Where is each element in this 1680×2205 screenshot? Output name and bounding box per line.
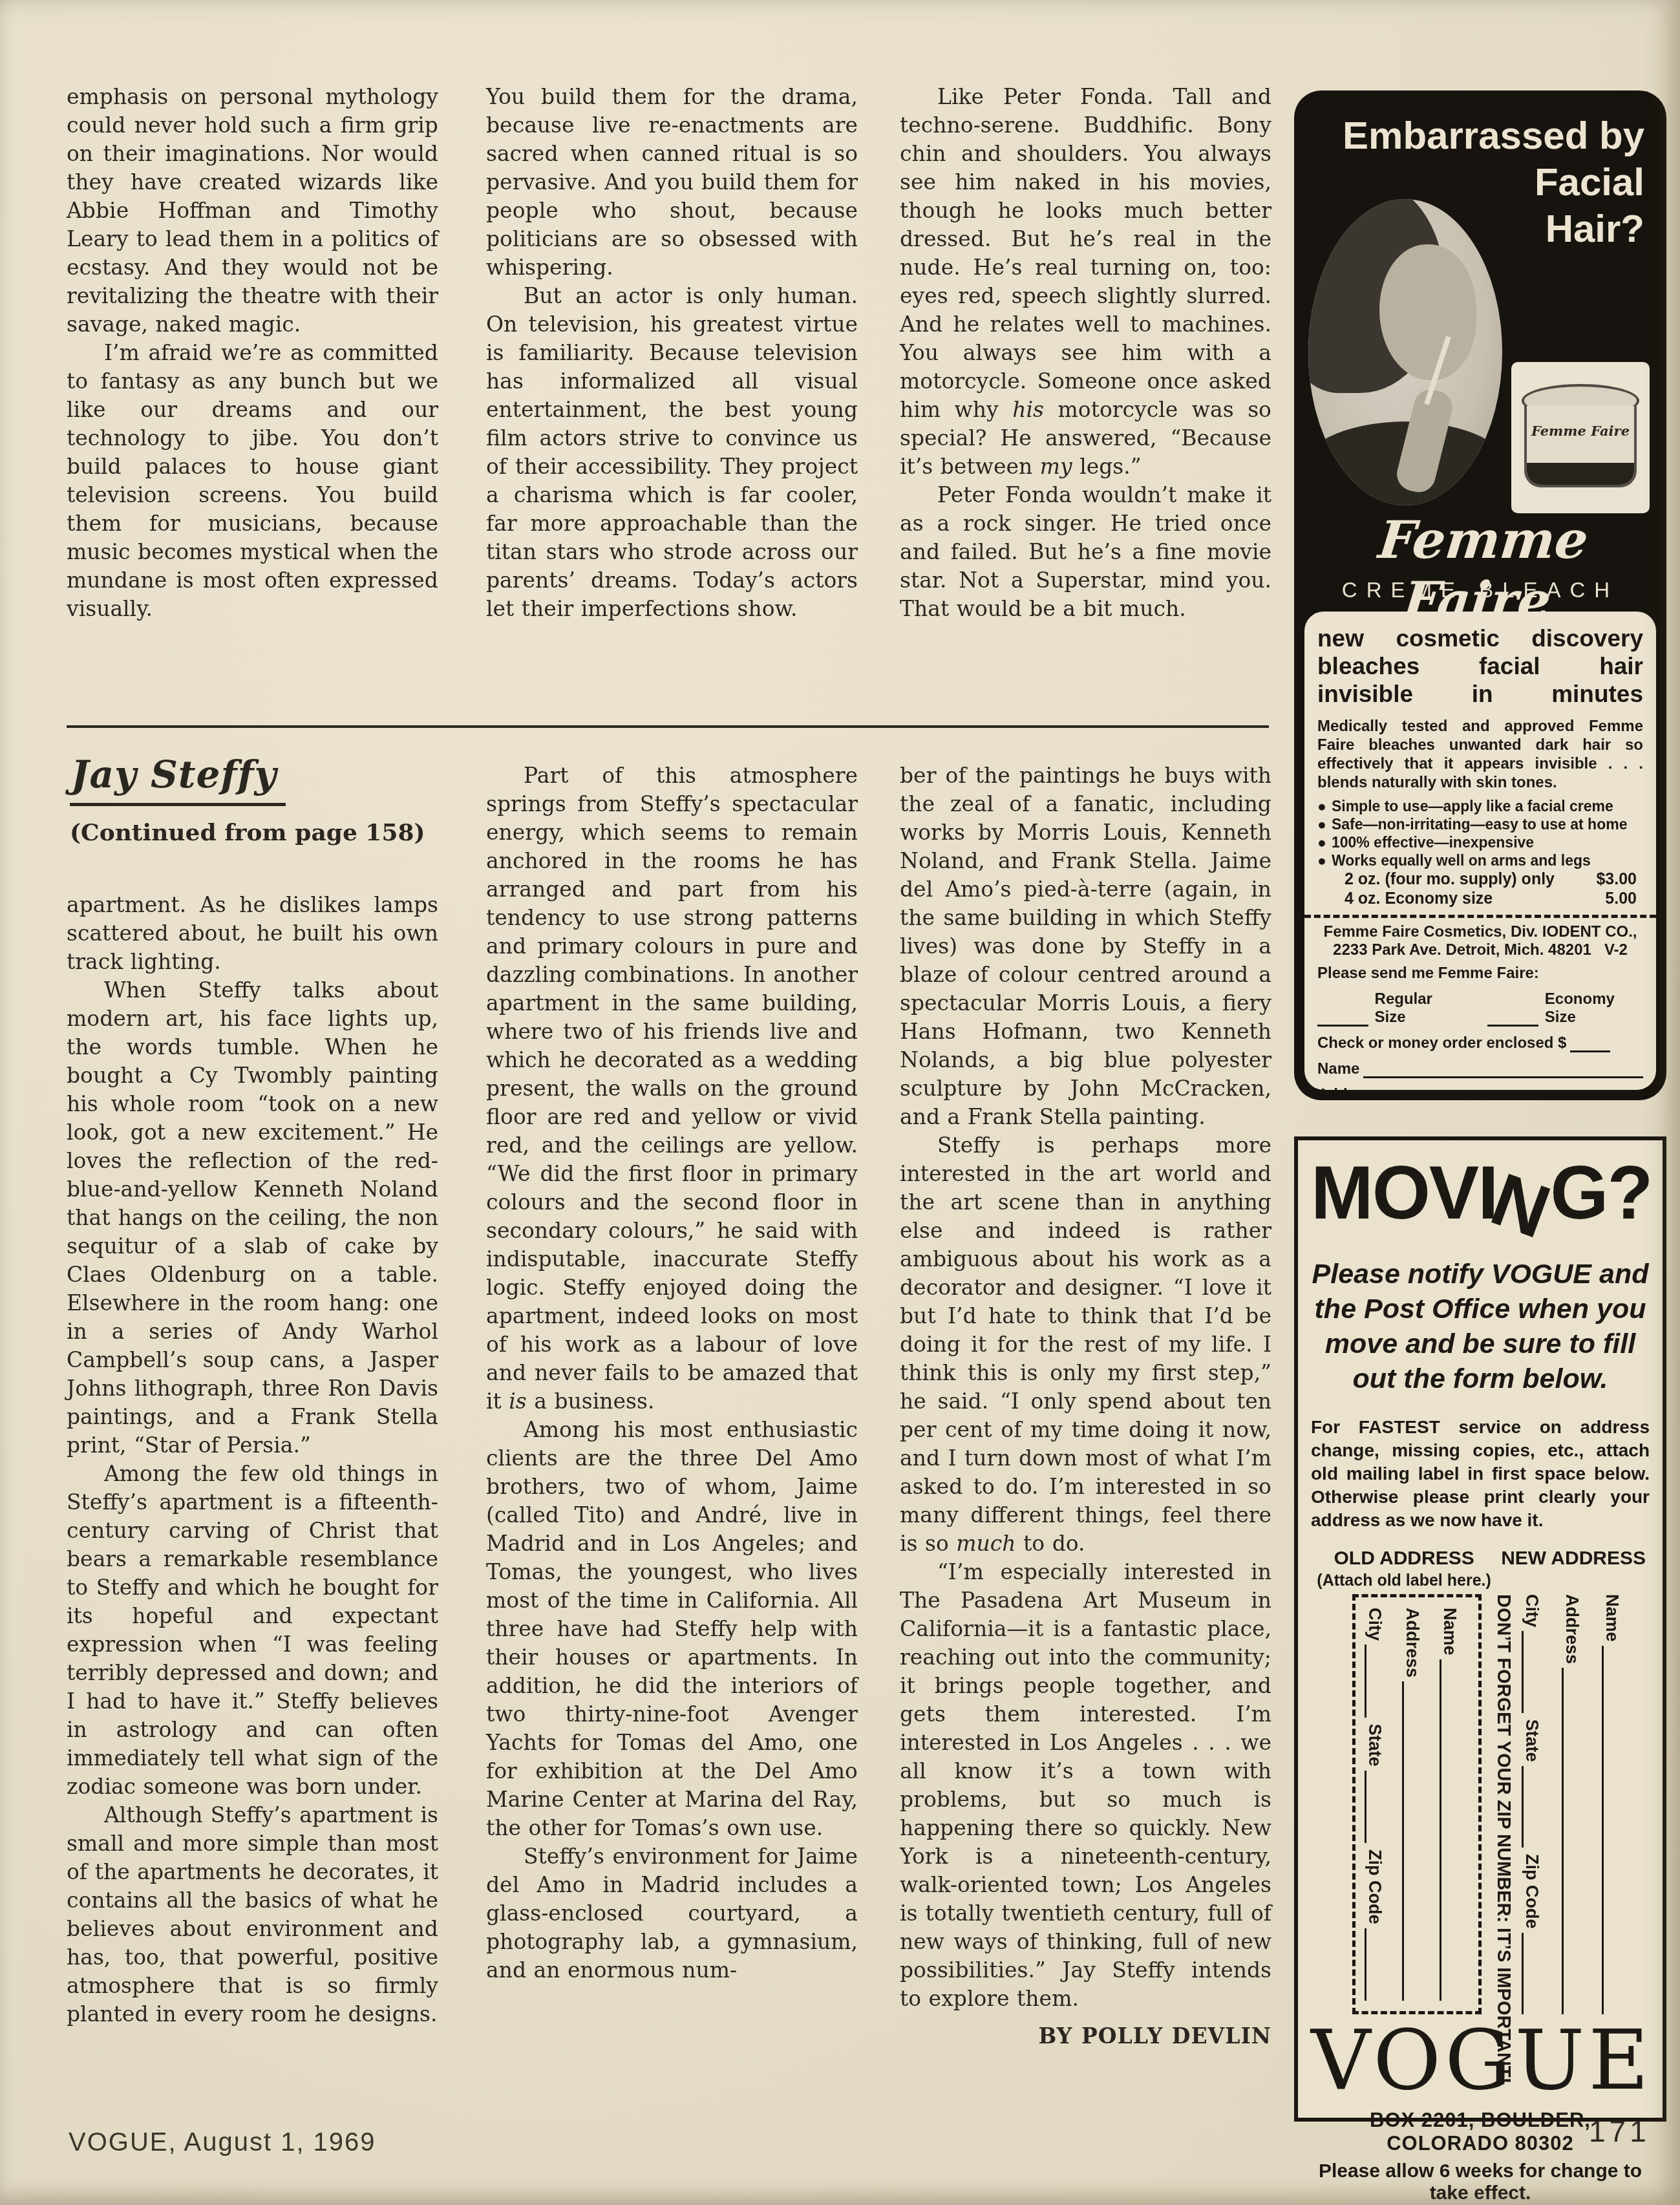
paragraph: Among the few old things in Steffy’s apa… xyxy=(67,1460,438,1801)
byline: BY POLLY DEVLIN xyxy=(900,2022,1271,2051)
benefit-item: ● Safe—non-irritating—easy to use at hom… xyxy=(1317,815,1643,833)
check-enclosed-label: Check or money order enclosed $ xyxy=(1317,1034,1566,1052)
jar-body: Femme Faire xyxy=(1524,406,1637,487)
price-row: 2 oz. (four mo. supply) only $3.00 xyxy=(1317,869,1643,889)
name-field-label: Name xyxy=(1317,1060,1359,1078)
model-face xyxy=(1379,244,1476,380)
old-address-label: Address xyxy=(1402,1608,1422,1678)
moving-instructions: For FASTEST service on address change, m… xyxy=(1311,1416,1650,1532)
top-article-column-2: You build them for the drama, because li… xyxy=(486,83,858,623)
paragraph: When Steffy talks about modern art, his … xyxy=(67,976,438,1460)
new-state-blank xyxy=(1522,1766,1538,1848)
new-address-header: NEW ADDRESS xyxy=(1497,1548,1650,1592)
coupon-address: 2233 Park Ave. Detroit, Mich. 48201 xyxy=(1333,941,1591,959)
headline-part: G? xyxy=(1550,1151,1652,1235)
paragraph: apartment. As he dislikes lamps scattere… xyxy=(67,891,438,976)
coupon-code: V-2 xyxy=(1604,941,1628,959)
check-enclosed-row: Check or money order enclosed $ xyxy=(1317,1034,1643,1052)
paragraph: But an actor is only human. On televisio… xyxy=(486,282,858,623)
regular-size-blank xyxy=(1317,1011,1368,1027)
steffy-section-header: Jay Steffy (Continued from page 158) xyxy=(70,752,425,846)
old-address-blank xyxy=(1402,1681,1419,2001)
regular-size-label: Regular Size xyxy=(1375,990,1462,1027)
paragraph: I’m afraid we’re as committed to fantasy… xyxy=(67,339,438,623)
attach-label-note: (Attach old label here.) xyxy=(1311,1570,1497,1592)
new-city-blank xyxy=(1522,1631,1538,1712)
paragraph: You build them for the drama, because li… xyxy=(486,83,858,282)
benefit-text: Simple to use—apply like a facial creme xyxy=(1332,797,1613,815)
paragraph: Steffy’s environment for Jaime del Amo i… xyxy=(486,1842,858,1985)
paragraph: Although Steffy’s apartment is small and… xyxy=(67,1801,438,2029)
jar-label: Femme Faire xyxy=(1527,423,1634,439)
benefit-list: ● Simple to use—apply like a facial crem… xyxy=(1317,797,1643,869)
old-zip-blank xyxy=(1365,1928,1381,2001)
old-city-state-zip-row: City State Zip Code xyxy=(1365,1608,1402,2001)
new-name-row: Name xyxy=(1602,1594,1642,2014)
section-divider-rule xyxy=(67,725,1269,728)
check-amount-blank xyxy=(1570,1037,1610,1052)
price-row: 4 oz. Economy size 5.00 xyxy=(1317,889,1643,908)
benefit-item: ● Simple to use—apply like a facial crem… xyxy=(1317,797,1643,815)
panel-headline-line: bleaches facial hair xyxy=(1317,652,1643,680)
allow-weeks-note: Please allow 6 weeks for change to take … xyxy=(1311,2160,1650,2204)
bullet-icon: ● xyxy=(1317,851,1326,869)
new-name-blank xyxy=(1602,1646,1619,2014)
new-zip-label: Zip Code xyxy=(1522,1854,1542,1929)
femme-faire-ad: Embarrassed by Facial Hair? Femme Faire … xyxy=(1294,91,1666,1100)
new-name-label: Name xyxy=(1602,1594,1622,1642)
new-zip-blank xyxy=(1522,1933,1538,2014)
old-name-blank xyxy=(1440,1659,1456,2001)
change-of-address-form: Name Address City State Zip Code DON’T F… xyxy=(1311,1594,1650,2016)
economy-size-blank xyxy=(1487,1011,1538,1027)
price-value: 5.00 xyxy=(1605,889,1637,908)
top-article-column-3: Like Peter Fonda. Tall and techno-serene… xyxy=(900,83,1271,623)
paragraph: Steffy is perhaps more interested in the… xyxy=(900,1131,1271,1558)
magazine-page: emphasis on personal mythology could nev… xyxy=(0,0,1680,2205)
address-column-headers: OLD ADDRESS (Attach old label here.) NEW… xyxy=(1311,1548,1650,1592)
coupon-address-line1: Femme Faire Cosmetics, Div. IODENT CO., xyxy=(1317,923,1643,941)
paragraph: Among his most enthusiastic clients are … xyxy=(486,1416,858,1842)
moving-notice: Please notify VOGUE and the Post Office … xyxy=(1311,1257,1650,1396)
benefit-text: 100% effective—inexpensive xyxy=(1332,833,1534,851)
old-name-label: Name xyxy=(1440,1608,1460,1656)
new-state-label: State xyxy=(1522,1720,1542,1762)
old-state-blank xyxy=(1365,1771,1381,1843)
name-field-row: Name xyxy=(1317,1060,1643,1078)
benefit-item: ● Works equally well on arms and legs xyxy=(1317,851,1643,869)
paragraph: Like Peter Fonda. Tall and techno-serene… xyxy=(900,83,1271,481)
old-address-row: Address xyxy=(1402,1608,1440,2001)
paragraph: emphasis on personal mythology could nev… xyxy=(67,83,438,339)
panel-headline-line: new cosmetic discovery xyxy=(1317,624,1643,652)
price-value: $3.00 xyxy=(1596,869,1637,889)
new-address-label: Address xyxy=(1562,1594,1582,1664)
paragraph: “I’m especially interested in The Pasade… xyxy=(900,1558,1271,2013)
price-label: 2 oz. (four mo. supply) only xyxy=(1345,869,1555,889)
issue-footer: VOGUE, August 1, 1969 xyxy=(69,2128,376,2157)
steffy-column-3: ber of the paintings he buys with the ze… xyxy=(900,762,1271,2051)
product-photo: Femme Faire xyxy=(1511,362,1650,513)
model-photo xyxy=(1308,199,1502,506)
size-options-row: Regular Size Economy Size xyxy=(1317,990,1643,1027)
new-city-label: City xyxy=(1522,1594,1542,1627)
brand-subtitle: CREME BLEACH xyxy=(1294,578,1666,602)
coupon-request-line: Please send me Femme Faire: xyxy=(1317,964,1643,983)
old-state-label: State xyxy=(1365,1724,1385,1767)
creme-jar: Femme Faire xyxy=(1522,384,1639,487)
new-address-title: NEW ADDRESS xyxy=(1497,1548,1650,1570)
economy-size-label: Economy Size xyxy=(1545,990,1643,1027)
old-label-box: Name Address City State Zip Code xyxy=(1352,1594,1482,2014)
panel-headline-line: invisible in minutes xyxy=(1317,680,1643,708)
page-number: 171 xyxy=(1589,2114,1650,2149)
moving-headline: MOVING? xyxy=(1311,1151,1650,1235)
bullet-icon: ● xyxy=(1317,797,1326,815)
old-name-row: Name xyxy=(1440,1608,1477,2001)
ad-body-copy: Medically tested and approved Femme Fair… xyxy=(1317,717,1643,792)
headline-part: MOVI xyxy=(1311,1151,1497,1235)
price-label: 4 oz. Economy size xyxy=(1345,889,1493,908)
old-address-title: OLD ADDRESS xyxy=(1311,1548,1497,1570)
paragraph: Part of this atmosphere springs from Ste… xyxy=(486,762,858,1416)
steffy-column-1: apartment. As he dislikes lamps scattere… xyxy=(67,891,438,2029)
new-address-row: Address xyxy=(1562,1594,1602,2014)
paragraph: ber of the paintings he buys with the ze… xyxy=(900,762,1271,1131)
bullet-icon: ● xyxy=(1317,833,1326,851)
old-address-header: OLD ADDRESS (Attach old label here.) xyxy=(1311,1548,1497,1592)
old-zip-label: Zip Code xyxy=(1365,1849,1385,1924)
benefit-text: Safe—non-irritating—easy to use at home xyxy=(1332,815,1628,833)
address-field-blank xyxy=(1383,1089,1643,1090)
new-address-blank xyxy=(1562,1668,1579,2014)
coupon-address-line2: 2233 Park Ave. Detroit, Mich. 48201 V-2 xyxy=(1317,941,1643,959)
rotated-form-area: Name Address City State Zip Code DON’T F… xyxy=(1311,1594,1642,2014)
coupon-cut-line xyxy=(1304,915,1656,918)
old-city-label: City xyxy=(1365,1608,1385,1641)
top-article-column-1: emphasis on personal mythology could nev… xyxy=(67,83,438,623)
benefit-item: ● ● 100% effective—inexpensive xyxy=(1317,833,1643,851)
new-city-state-zip-row: City State Zip Code xyxy=(1522,1594,1562,2014)
bullet-icon: ● xyxy=(1317,815,1326,833)
old-city-blank xyxy=(1365,1645,1381,1717)
vogue-logo: VOGUE xyxy=(1311,2018,1650,2104)
ad-copy-panel: new cosmetic discovery bleaches facial h… xyxy=(1304,612,1656,1090)
moving-ad: MOVING? Please notify VOGUE and the Post… xyxy=(1294,1136,1666,2122)
zip-reminder: DON’T FORGET YOUR ZIP NUMBER: IT’S IMPOR… xyxy=(1485,1594,1522,2014)
jar-band xyxy=(1527,463,1634,485)
benefit-text: Works equally well on arms and legs xyxy=(1332,851,1591,869)
name-field-blank xyxy=(1363,1063,1643,1078)
address-field-row: Address xyxy=(1317,1086,1643,1090)
article-title: Jay Steffy xyxy=(70,752,286,806)
steffy-column-2: Part of this atmosphere springs from Ste… xyxy=(486,762,858,1985)
address-field-label: Address xyxy=(1317,1086,1379,1090)
ad-headline-line: Embarrassed by xyxy=(1343,112,1644,159)
continued-note: (Continued from page 158) xyxy=(70,819,425,846)
paragraph: Peter Fonda wouldn’t make it as a rock s… xyxy=(900,481,1271,623)
